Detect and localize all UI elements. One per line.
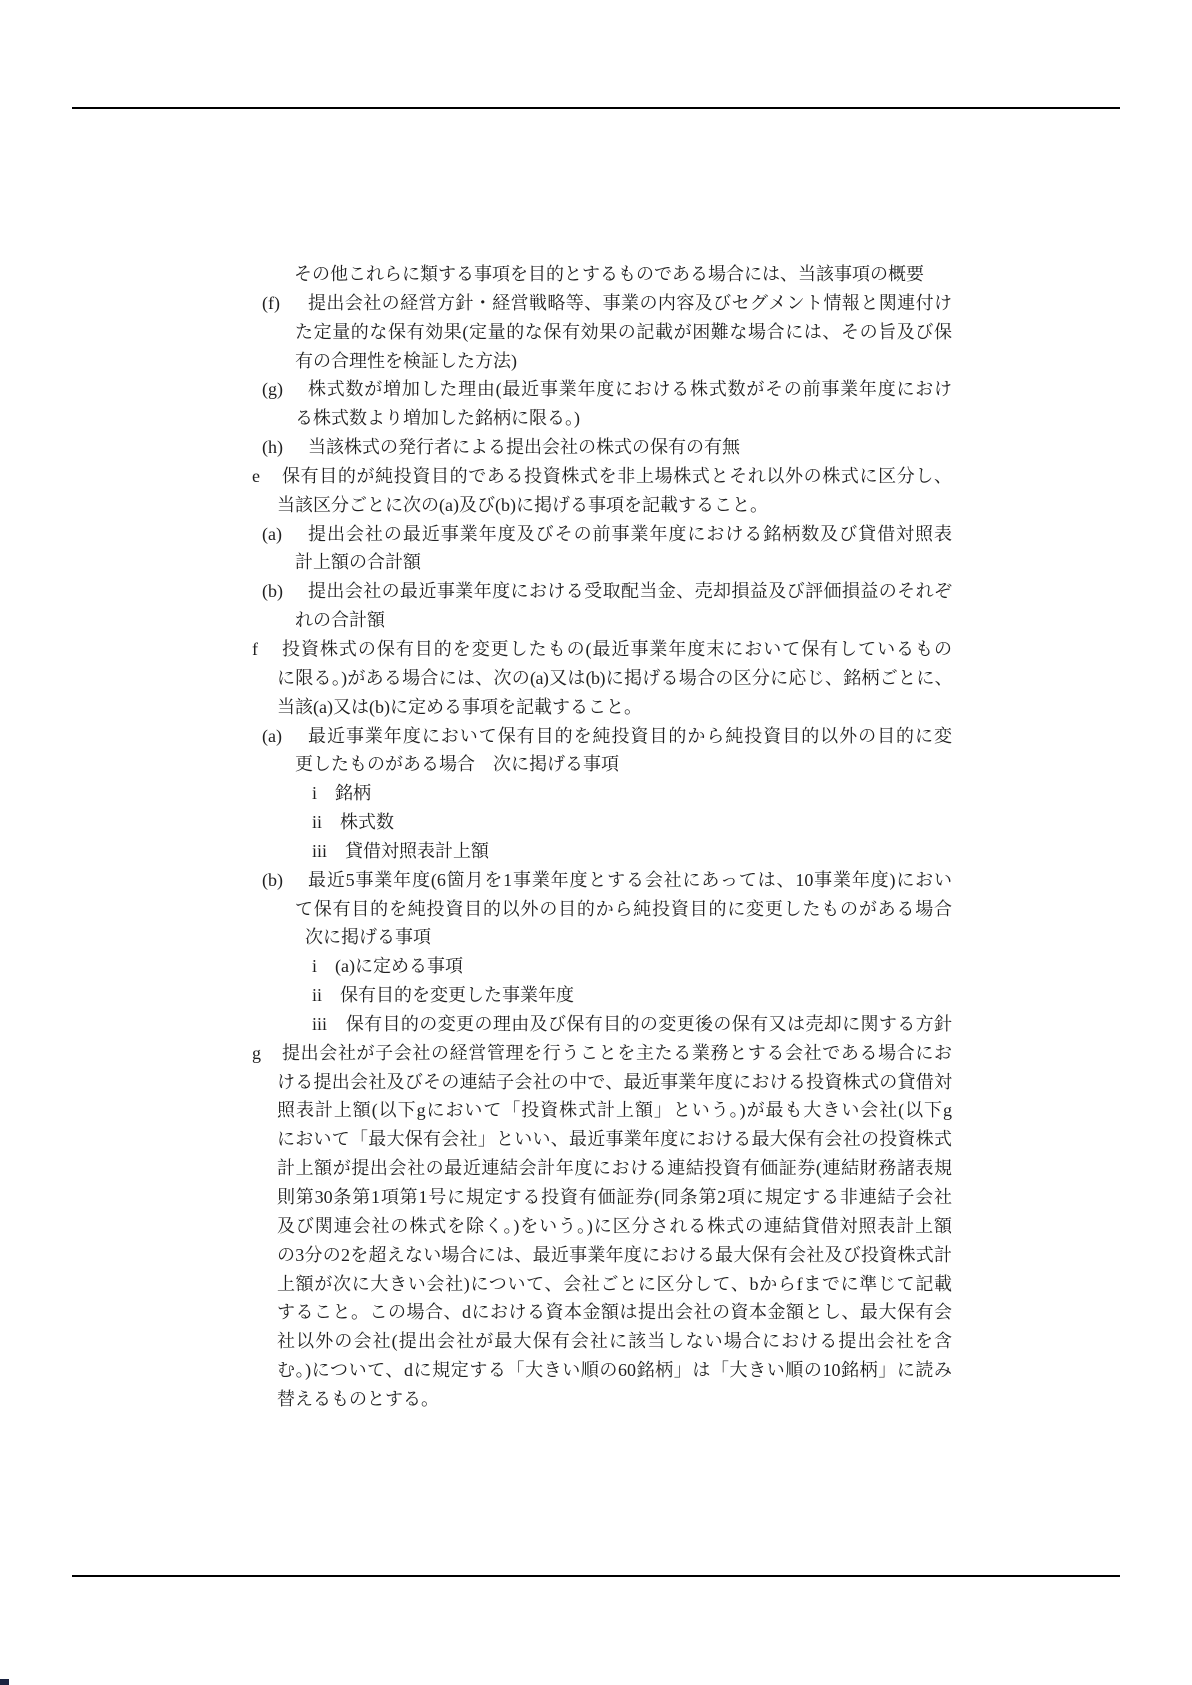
text-line: た定量的な保有効果(定量的な保有効果の記載が困難な場合には、その旨及び保 (252, 318, 952, 347)
text-line: (g)株式数が増加した理由(最近事業年度における株式数がその前事業年度におけ (252, 375, 952, 404)
item-marker: (f) (262, 289, 280, 318)
line-text: に限る。)がある場合には、次の(a)又は(b)に掲げる場合の区分に応じ、銘柄ごと… (277, 664, 952, 693)
text-line: g提出会社が子会社の経営管理を行うことを主たる業務とする会社である場合にお (252, 1039, 952, 1068)
line-text: ける提出会社及びその連結子会社の中で、最近事業年度における投資株式の貸借対 (277, 1068, 952, 1097)
text-line: 次に掲げる事項 (252, 923, 952, 952)
text-line: (h)当該株式の発行者による提出会社の株式の保有の有無 (252, 433, 952, 462)
text-line: ける提出会社及びその連結子会社の中で、最近事業年度における投資株式の貸借対 (252, 1068, 952, 1097)
line-text: 株式数が増加した理由(最近事業年度における株式数がその前事業年度におけ (308, 375, 952, 404)
text-line: 照表計上額(以下gにおいて「投資株式計上額」という。)が最も大きい会社(以下g (252, 1096, 952, 1125)
text-line: iii 貸借対照表計上額 (252, 837, 952, 866)
line-text: において「最大保有会社」といい、最近事業年度における最大保有会社の投資株式 (277, 1125, 952, 1154)
line-text: 更したものがある場合 次に掲げる事項 (295, 750, 952, 779)
line-text: 計上額が提出会社の最近連結会計年度における連結投資有価証券(連結財務諸表規 (277, 1154, 952, 1183)
item-marker: (g) (262, 375, 283, 404)
text-line: (a)提出会社の最近事業年度及びその前事業年度における銘柄数及び貸借対照表 (252, 520, 952, 549)
text-line: 計上額が提出会社の最近連結会計年度における連結投資有価証券(連結財務諸表規 (252, 1154, 952, 1183)
text-line: i 銘柄 (252, 779, 952, 808)
line-text: 有の合理性を検証した方法) (295, 347, 952, 376)
text-line: 有の合理性を検証した方法) (252, 347, 952, 376)
line-text: 提出会社の経営方針・経営戦略等、事業の内容及びセグメント情報と関連付け (308, 289, 952, 318)
text-line: ii 株式数 (252, 808, 952, 837)
top-rule (72, 107, 1120, 109)
text-line: i (a)に定める事項 (252, 952, 952, 981)
line-text: 次に掲げる事項 (305, 923, 952, 952)
line-text: 当該区分ごとに次の(a)及び(b)に掲げる事項を記載すること。 (277, 491, 952, 520)
line-text: 当該株式の発行者による提出会社の株式の保有の有無 (308, 433, 952, 462)
item-marker: e (252, 462, 260, 491)
line-text: ii 保有目的を変更した事業年度 (312, 981, 952, 1010)
line-text: る株式数より増加した銘柄に限る。) (295, 404, 952, 433)
text-line: て保有目的を純投資目的以外の目的から純投資目的に変更したものがある場合 (252, 895, 952, 924)
text-line: において「最大保有会社」といい、最近事業年度における最大保有会社の投資株式 (252, 1125, 952, 1154)
text-line: e保有目的が純投資目的である投資株式を非上場株式とそれ以外の株式に区分し、 (252, 462, 952, 491)
line-text: その他これらに類する事項を目的とするものである場合には、当該事項の概要 (294, 260, 952, 289)
text-line: の3分の2を超えない場合には、最近事業年度における最大保有会社及び投資株式計 (252, 1241, 952, 1270)
line-text: れの合計額 (295, 606, 952, 635)
line-text: 提出会社の最近事業年度における受取配当金、売却損益及び評価損益のそれぞ (308, 577, 952, 606)
text-line: ii 保有目的を変更した事業年度 (252, 981, 952, 1010)
line-text: 当該(a)又は(b)に定める事項を記載すること。 (277, 693, 952, 722)
line-text: 替えるものとする。 (277, 1385, 952, 1414)
line-text: 計上額の合計額 (295, 548, 952, 577)
scan-artifact (0, 1679, 9, 1685)
text-line: 更したものがある場合 次に掲げる事項 (252, 750, 952, 779)
text-line: に限る。)がある場合には、次の(a)又は(b)に掲げる場合の区分に応じ、銘柄ごと… (252, 664, 952, 693)
line-text: iii 保有目的の変更の理由及び保有目的の変更後の保有又は売却に関する方針 (312, 1010, 952, 1039)
text-line: (b)提出会社の最近事業年度における受取配当金、売却損益及び評価損益のそれぞ (252, 577, 952, 606)
text-line: (b)最近5事業年度(6箇月を1事業年度とする会社にあっては、10事業年度)にお… (252, 866, 952, 895)
item-marker: f (252, 635, 258, 664)
line-text: て保有目的を純投資目的以外の目的から純投資目的に変更したものがある場合 (295, 895, 952, 924)
line-text: 提出会社の最近事業年度及びその前事業年度における銘柄数及び貸借対照表 (308, 520, 952, 549)
line-text: 及び関連会社の株式を除く。)をいう。)に区分される株式の連結貸借対照表計上額 (277, 1212, 952, 1241)
text-line: (f)提出会社の経営方針・経営戦略等、事業の内容及びセグメント情報と関連付け (252, 289, 952, 318)
line-text: む。)について、dに規定する「大きい順の60銘柄」は「大きい順の10銘柄」に読み (277, 1356, 952, 1385)
page: その他これらに類する事項を目的とするものである場合には、当該事項の概要 (f)提… (0, 0, 1192, 1685)
line-text: 提出会社が子会社の経営管理を行うことを主たる業務とする会社である場合にお (282, 1039, 952, 1068)
document-text: その他これらに類する事項を目的とするものである場合には、当該事項の概要 (f)提… (252, 260, 952, 1414)
line-text: 則第30条第1項第1号に規定する投資有価証券(同条第2項に規定する非連結子会社 (277, 1183, 952, 1212)
line-text: 投資株式の保有目的を変更したもの(最近事業年度末において保有しているもの (282, 635, 952, 664)
line-text: 最近5事業年度(6箇月を1事業年度とする会社にあっては、10事業年度)におい (308, 866, 952, 895)
line-text: i (a)に定める事項 (312, 952, 952, 981)
item-marker: (a) (262, 520, 282, 549)
line-text: た定量的な保有効果(定量的な保有効果の記載が困難な場合には、その旨及び保 (295, 318, 952, 347)
line-text: 社以外の会社(提出会社が最大保有会社に該当しない場合における提出会社を含 (277, 1327, 952, 1356)
item-marker: (b) (262, 577, 283, 606)
item-marker: (h) (262, 433, 283, 462)
text-line: iii 保有目的の変更の理由及び保有目的の変更後の保有又は売却に関する方針 (252, 1010, 952, 1039)
line-text: すること。この場合、dにおける資本金額は提出会社の資本金額とし、最大保有会 (277, 1298, 952, 1327)
line-text: ii 株式数 (312, 808, 952, 837)
item-marker: (b) (262, 866, 283, 895)
text-line: 社以外の会社(提出会社が最大保有会社に該当しない場合における提出会社を含 (252, 1327, 952, 1356)
text-line: 当該(a)又は(b)に定める事項を記載すること。 (252, 693, 952, 722)
bottom-rule (72, 1575, 1120, 1577)
text-line: 替えるものとする。 (252, 1385, 952, 1414)
text-line: すること。この場合、dにおける資本金額は提出会社の資本金額とし、最大保有会 (252, 1298, 952, 1327)
text-line: れの合計額 (252, 606, 952, 635)
text-line: f投資株式の保有目的を変更したもの(最近事業年度末において保有しているもの (252, 635, 952, 664)
line-text: 照表計上額(以下gにおいて「投資株式計上額」という。)が最も大きい会社(以下g (277, 1096, 952, 1125)
item-marker: g (252, 1039, 261, 1068)
line-text: 上額が次に大きい会社)について、会社ごとに区分して、bからfまでに準じて記載 (277, 1270, 952, 1299)
line-text: i 銘柄 (312, 779, 952, 808)
line-text: 保有目的が純投資目的である投資株式を非上場株式とそれ以外の株式に区分し、 (282, 462, 952, 491)
text-line: 及び関連会社の株式を除く。)をいう。)に区分される株式の連結貸借対照表計上額 (252, 1212, 952, 1241)
line-text: 最近事業年度において保有目的を純投資目的から純投資目的以外の目的に変 (308, 722, 952, 751)
text-line: る株式数より増加した銘柄に限る。) (252, 404, 952, 433)
text-line: 上額が次に大きい会社)について、会社ごとに区分して、bからfまでに準じて記載 (252, 1270, 952, 1299)
text-line: (a)最近事業年度において保有目的を純投資目的から純投資目的以外の目的に変 (252, 722, 952, 751)
text-line: 則第30条第1項第1号に規定する投資有価証券(同条第2項に規定する非連結子会社 (252, 1183, 952, 1212)
text-line: 計上額の合計額 (252, 548, 952, 577)
text-line: その他これらに類する事項を目的とするものである場合には、当該事項の概要 (252, 260, 952, 289)
line-text: iii 貸借対照表計上額 (312, 837, 952, 866)
line-text: の3分の2を超えない場合には、最近事業年度における最大保有会社及び投資株式計 (277, 1241, 952, 1270)
text-line: む。)について、dに規定する「大きい順の60銘柄」は「大きい順の10銘柄」に読み (252, 1356, 952, 1385)
item-marker: (a) (262, 722, 282, 751)
text-line: 当該区分ごとに次の(a)及び(b)に掲げる事項を記載すること。 (252, 491, 952, 520)
